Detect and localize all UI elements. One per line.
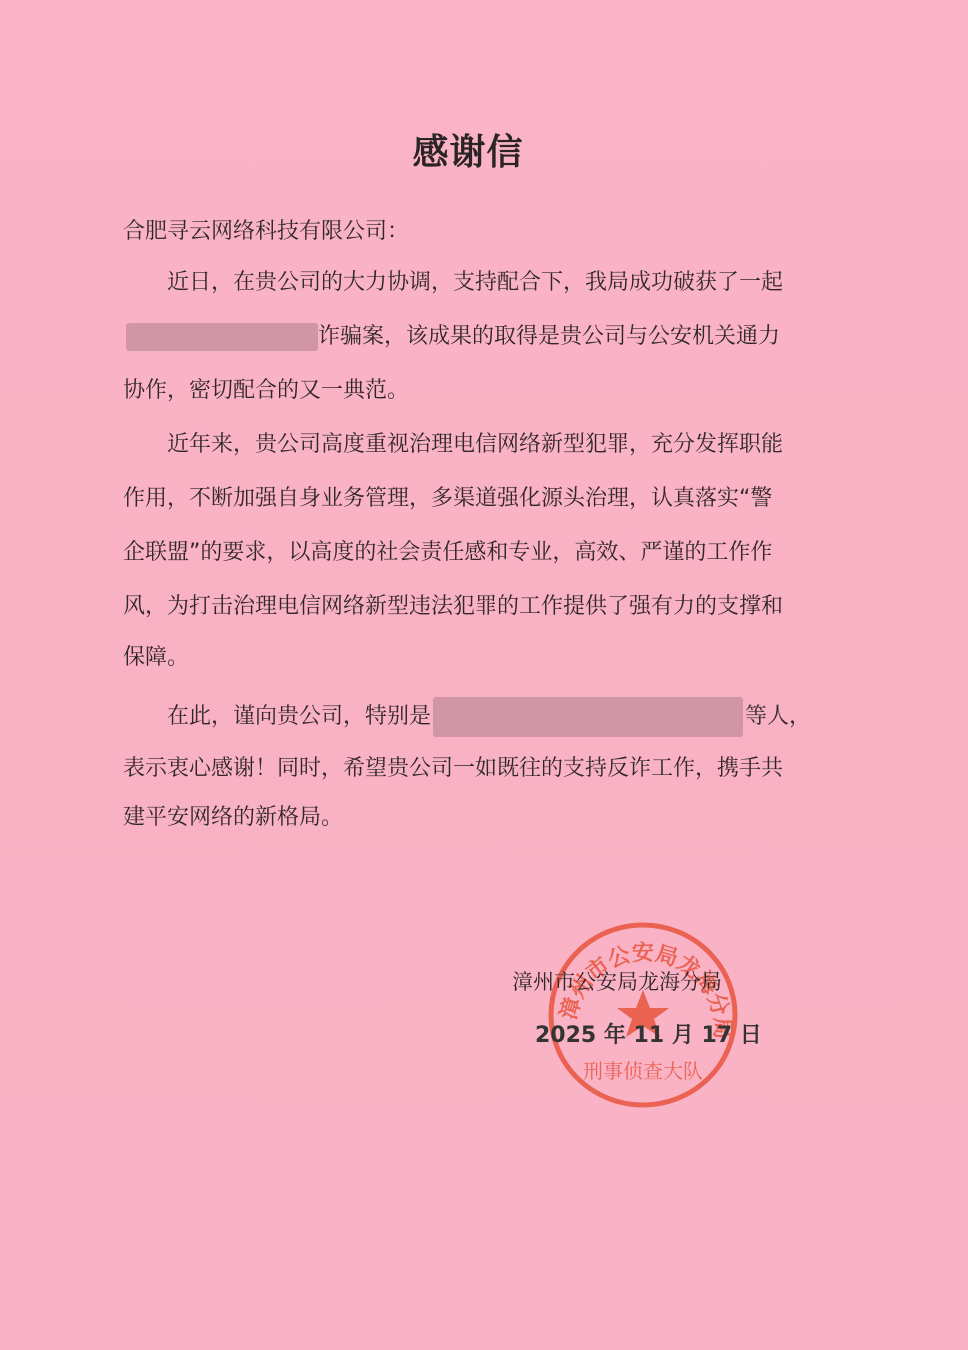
- paragraph-1-line-2: 诈骗案，该成果的取得是贵公司与公安机关通力: [126, 322, 780, 352]
- signature-organization: 漳州市公安局龙海分局: [512, 966, 722, 996]
- paragraph-3-line-1: 在此，谨向贵公司，特别是等人，: [167, 697, 811, 737]
- paragraph-2-line-4: 风，为打击治理电信网络新型违法犯罪的工作提供了强有力的支撑和: [123, 592, 783, 622]
- paragraph-3-line-2: 表示衷心感谢！同时，希望贵公司一如既往的支持反诈工作，携手共: [123, 754, 783, 784]
- salutation: 合肥寻云网络科技有限公司：: [123, 214, 409, 245]
- seal-bottom-text: 刑事侦查大队: [583, 1059, 703, 1083]
- redacted-block: [126, 323, 318, 351]
- letter-title: 感谢信: [0, 124, 936, 175]
- paragraph-1-line-2-text: 诈骗案，该成果的取得是贵公司与公安机关通力: [318, 324, 780, 349]
- paragraph-3-line-1-text-b: 等人，: [745, 704, 811, 729]
- redacted-names: [433, 697, 743, 737]
- paragraph-1-line-3: 协作，密切配合的又一典范。: [123, 376, 409, 406]
- letter-page: 感谢信 合肥寻云网络科技有限公司： 近日，在贵公司的大力协调，支持配合下，我局成…: [0, 0, 968, 1350]
- paragraph-2-line-3: 企联盟”的要求，以高度的社会责任感和专业，高效、严谨的工作作: [123, 538, 772, 568]
- paragraph-2-line-5: 保障。: [123, 643, 189, 673]
- paragraph-3-line-3: 建平安网络的新格局。: [123, 803, 343, 833]
- paragraph-1-line-1: 近日，在贵公司的大力协调，支持配合下，我局成功破获了一起: [167, 268, 783, 298]
- official-seal-icon: 漳州市公安局龙海分局 刑事侦查大队: [545, 920, 741, 1110]
- signature-date: 2025 年 11 月 17 日: [535, 1018, 762, 1049]
- paragraph-2-line-2: 作用，不断加强自身业务管理，多渠道强化源头治理，认真落实“警: [123, 484, 772, 514]
- paragraph-2-line-1: 近年来，贵公司高度重视治理电信网络新型犯罪，充分发挥职能: [167, 430, 783, 460]
- paragraph-3-line-1-text-a: 在此，谨向贵公司，特别是: [167, 704, 431, 729]
